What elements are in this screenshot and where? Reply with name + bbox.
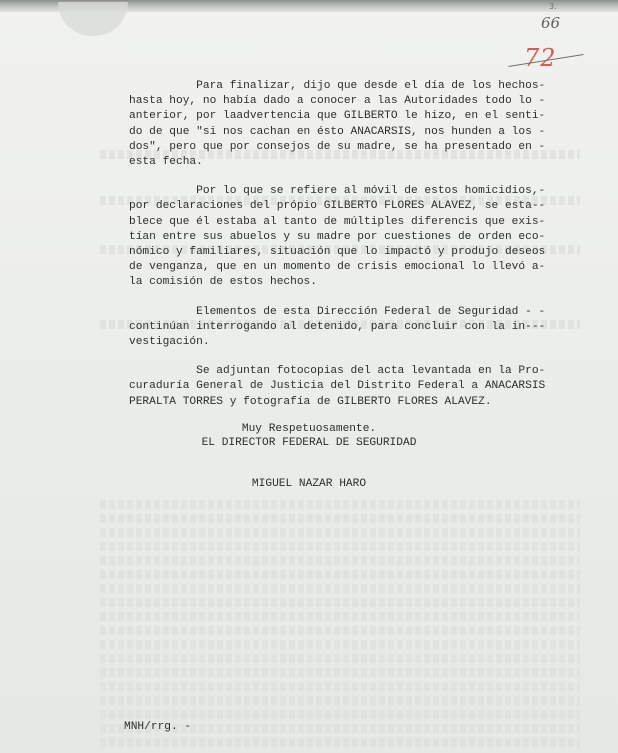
bleed-through-text (100, 584, 580, 593)
bleed-through-text (100, 514, 580, 523)
text-line: blece que él estaba al tanto de múltiple… (129, 215, 599, 230)
text-line: PERALTA TORRES y fotografía de GILBERTO … (129, 395, 599, 410)
paragraph-gap (129, 170, 599, 184)
text-line: continúan interrogando al detenido, para… (129, 320, 599, 335)
bleed-through-text (100, 612, 580, 621)
text-line: dos", pero que por consejos de su madre,… (129, 140, 599, 155)
bleed-through-text (100, 598, 580, 607)
page-number: 3. (549, 2, 557, 11)
document-body: Para finalizar, dijo que desde el día de… (129, 79, 599, 410)
paragraph: Elementos de esta Dirección Federal de S… (129, 305, 599, 351)
text-line: hasta hoy, no había dado a conocer a las… (129, 94, 599, 109)
bleed-through-text (100, 570, 580, 579)
bleed-through-text (100, 640, 580, 649)
text-line: Se adjuntan fotocopias del acta levantad… (129, 364, 599, 379)
text-line: la comisión de estos hechos. (129, 275, 599, 290)
paragraph: Para finalizar, dijo que desde el día de… (129, 79, 599, 170)
closing-title: EL DIRECTOR FEDERAL DE SEGURIDAD (0, 437, 618, 449)
text-line: Para finalizar, dijo que desde el día de… (129, 79, 599, 94)
text-line: tían entre sus abuelos y su madre por cu… (129, 230, 599, 245)
text-line: do de que "si nos cachan en ésto ANACARS… (129, 125, 599, 140)
bleed-through-text (100, 682, 580, 691)
paragraph-gap (129, 350, 599, 364)
text-line: esta fecha. (129, 155, 599, 170)
bleed-through-text (100, 738, 580, 747)
handwritten-folio-old: 66 (541, 14, 560, 32)
bleed-through-text (100, 528, 580, 537)
typist-initials: MNH/rrg. - (124, 721, 191, 733)
paragraph: Se adjuntan fotocopias del acta levantad… (129, 364, 599, 410)
text-line: curaduría General de Justicia del Distri… (129, 379, 599, 394)
text-line: por declaraciones del própio GILBERTO FL… (129, 199, 599, 214)
text-line: anterior, por laadvertencia que GILBERTO… (129, 109, 599, 124)
text-line: Por lo que se refiere al móvil de estos … (129, 184, 599, 199)
bleed-through-text (100, 542, 580, 551)
bleed-through-text (100, 710, 580, 719)
text-line: nómico y familiares, situación que lo im… (129, 245, 599, 260)
bleed-through-text (100, 500, 580, 509)
signatory-name: MIGUEL NAZAR HARO (0, 478, 618, 490)
bleed-through-text (100, 654, 580, 663)
bleed-through-text (100, 668, 580, 677)
bleed-through-text (100, 556, 580, 565)
bleed-through-text (100, 696, 580, 705)
text-line: de venganza, que en un momento de crisis… (129, 260, 599, 275)
text-line: vestigación. (129, 335, 599, 350)
paragraph-gap (129, 291, 599, 305)
bleed-through-text (100, 626, 580, 635)
text-line: Elementos de esta Dirección Federal de S… (129, 305, 599, 320)
closing-salutation: Muy Respetuosamente. (0, 423, 618, 435)
paragraph: Por lo que se refiere al móvil de estos … (129, 184, 599, 290)
